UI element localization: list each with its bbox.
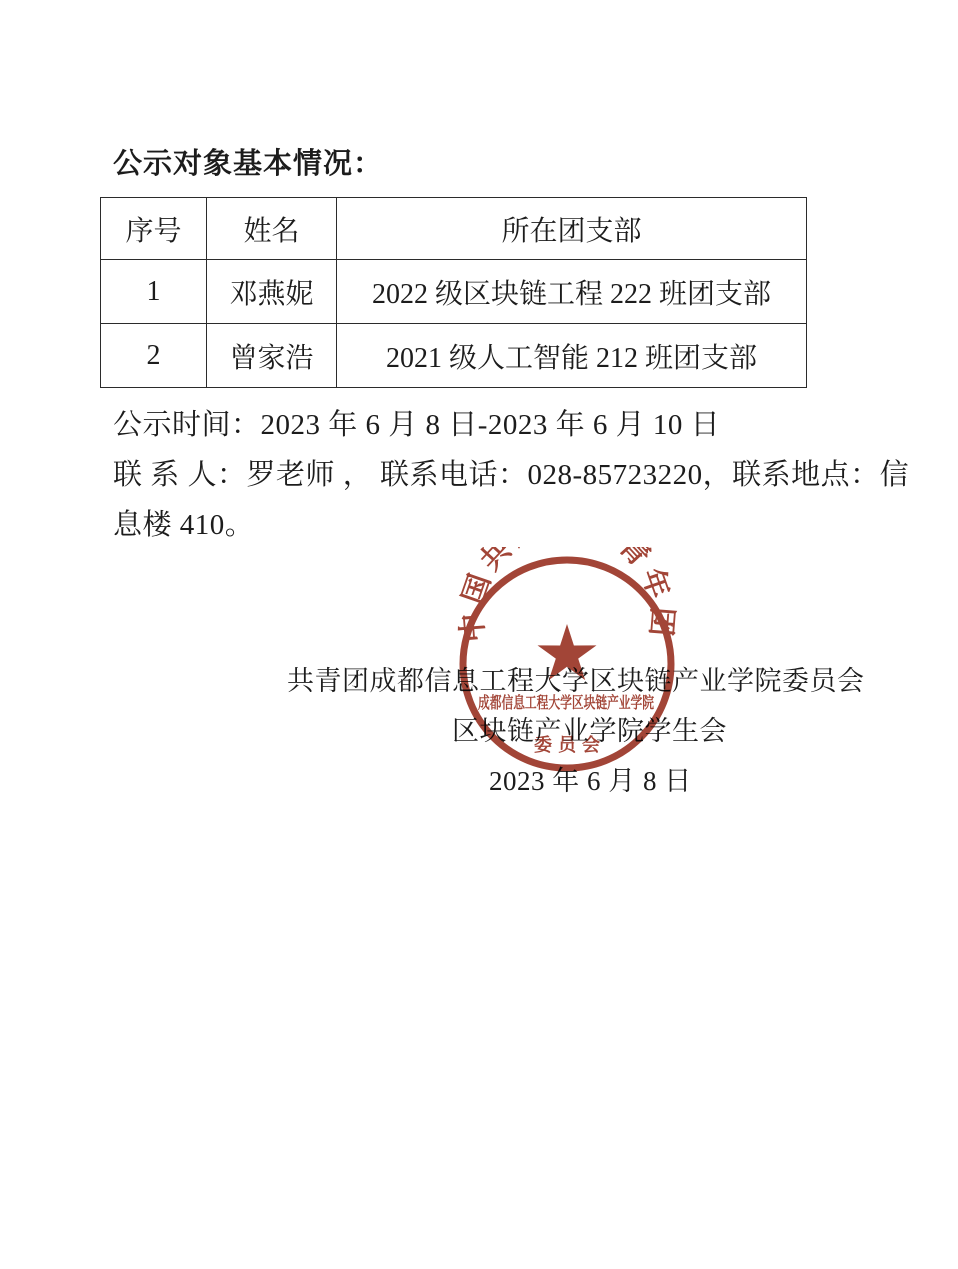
seal-ring-text: 中国共产主义青年团	[455, 547, 679, 643]
table-header-row: 序号 姓名 所在团支部	[101, 198, 807, 260]
col-header-index: 序号	[101, 198, 207, 260]
cell-index: 2	[101, 324, 207, 388]
section-title: 公示对象基本情况：	[113, 141, 383, 182]
publicity-subjects-table: 序号 姓名 所在团支部 1 邓燕妮 2022 级区块链工程 222 班团支部 2…	[100, 197, 807, 388]
cell-branch: 2022 级区块链工程 222 班团支部	[337, 260, 807, 324]
cell-name: 曾家浩	[207, 324, 337, 388]
col-header-name: 姓名	[207, 198, 337, 260]
signature-committee-line: 共青团成都信息工程大学区块链产业学院委员会	[287, 659, 865, 698]
cell-name: 邓燕妮	[207, 260, 337, 324]
signature-student-union-line: 区块链产业学院学生会	[452, 709, 727, 748]
cell-index: 1	[101, 260, 207, 324]
contact-info-line: 联 系 人：罗老师 ， 联系电话：028-85723220，联系地点：信	[113, 452, 909, 493]
signature-date: 2023 年 6 月 8 日	[489, 759, 692, 798]
notice-document-page: 公示对象基本情况： 序号 姓名 所在团支部 1 邓燕妮 2022 级区块链工程 …	[0, 0, 958, 1269]
cell-branch: 2021 级人工智能 212 班团支部	[337, 324, 807, 388]
table-row: 2 曾家浩 2021 级人工智能 212 班团支部	[101, 324, 807, 388]
table-row: 1 邓燕妮 2022 级区块链工程 222 班团支部	[101, 260, 807, 324]
publicity-period-line: 公示时间：2023 年 6 月 8 日-2023 年 6 月 10 日	[113, 402, 720, 443]
contact-info-line-wrap: 息楼 410。	[113, 502, 254, 543]
col-header-branch: 所在团支部	[337, 198, 807, 260]
